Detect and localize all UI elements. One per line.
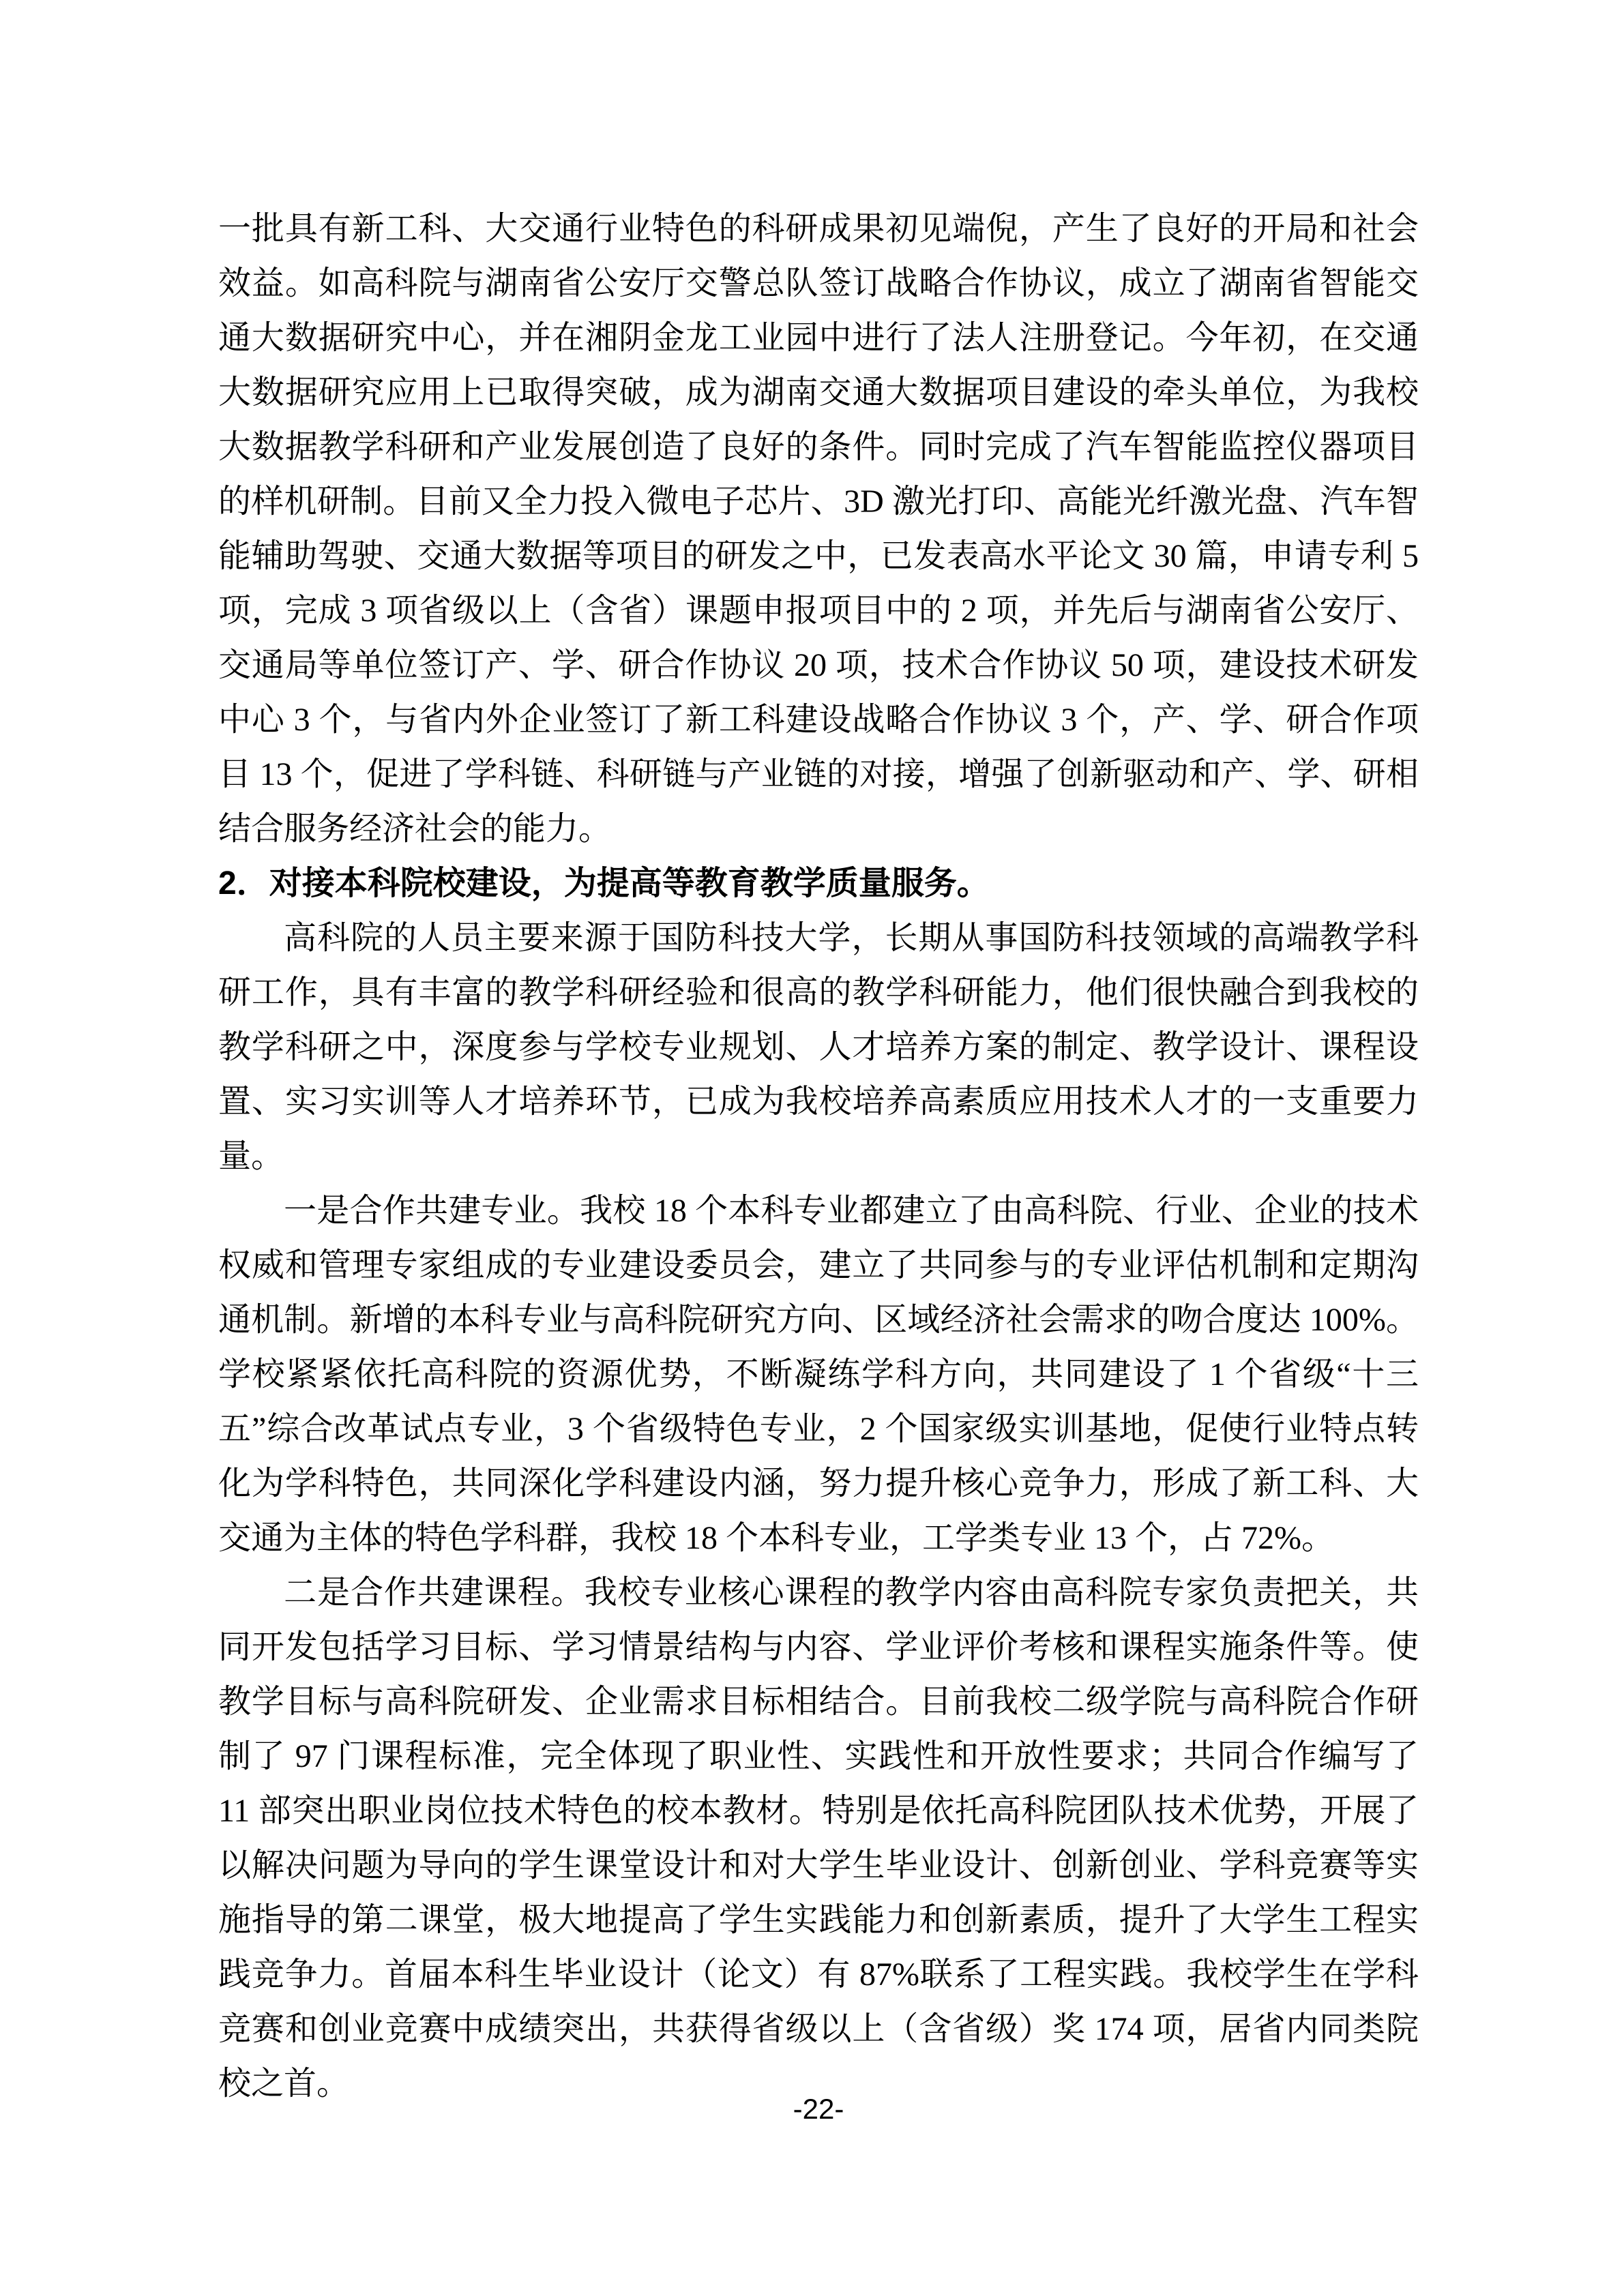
section-heading-2: 2．对接本科院校建设，为提高等教育教学质量服务。 (218, 856, 1419, 911)
page-number: -22- (218, 2093, 1419, 2125)
paragraph-joint-majors: 一是合作共建专业。我校 18 个本科专业都建立了由高科院、行业、企业的技术权威和… (218, 1184, 1419, 1566)
paragraph-staff-origin: 高科院的人员主要来源于国防科技大学，长期从事国防科技领域的高端教学科研工作，具有… (218, 911, 1419, 1184)
document-page: 一批具有新工科、大交通行业特色的科研成果初见端倪，产生了良好的开局和社会效益。如… (0, 0, 1624, 2296)
page-text-block: 一批具有新工科、大交通行业特色的科研成果初见端倪，产生了良好的开局和社会效益。如… (218, 202, 1419, 2111)
paragraph-joint-courses: 二是合作共建课程。我校专业核心课程的教学内容由高科院专家负责把关，共同开发包括学… (218, 1566, 1419, 2111)
paragraph-research-achievements: 一批具有新工科、大交通行业特色的科研成果初见端倪，产生了良好的开局和社会效益。如… (218, 202, 1419, 856)
